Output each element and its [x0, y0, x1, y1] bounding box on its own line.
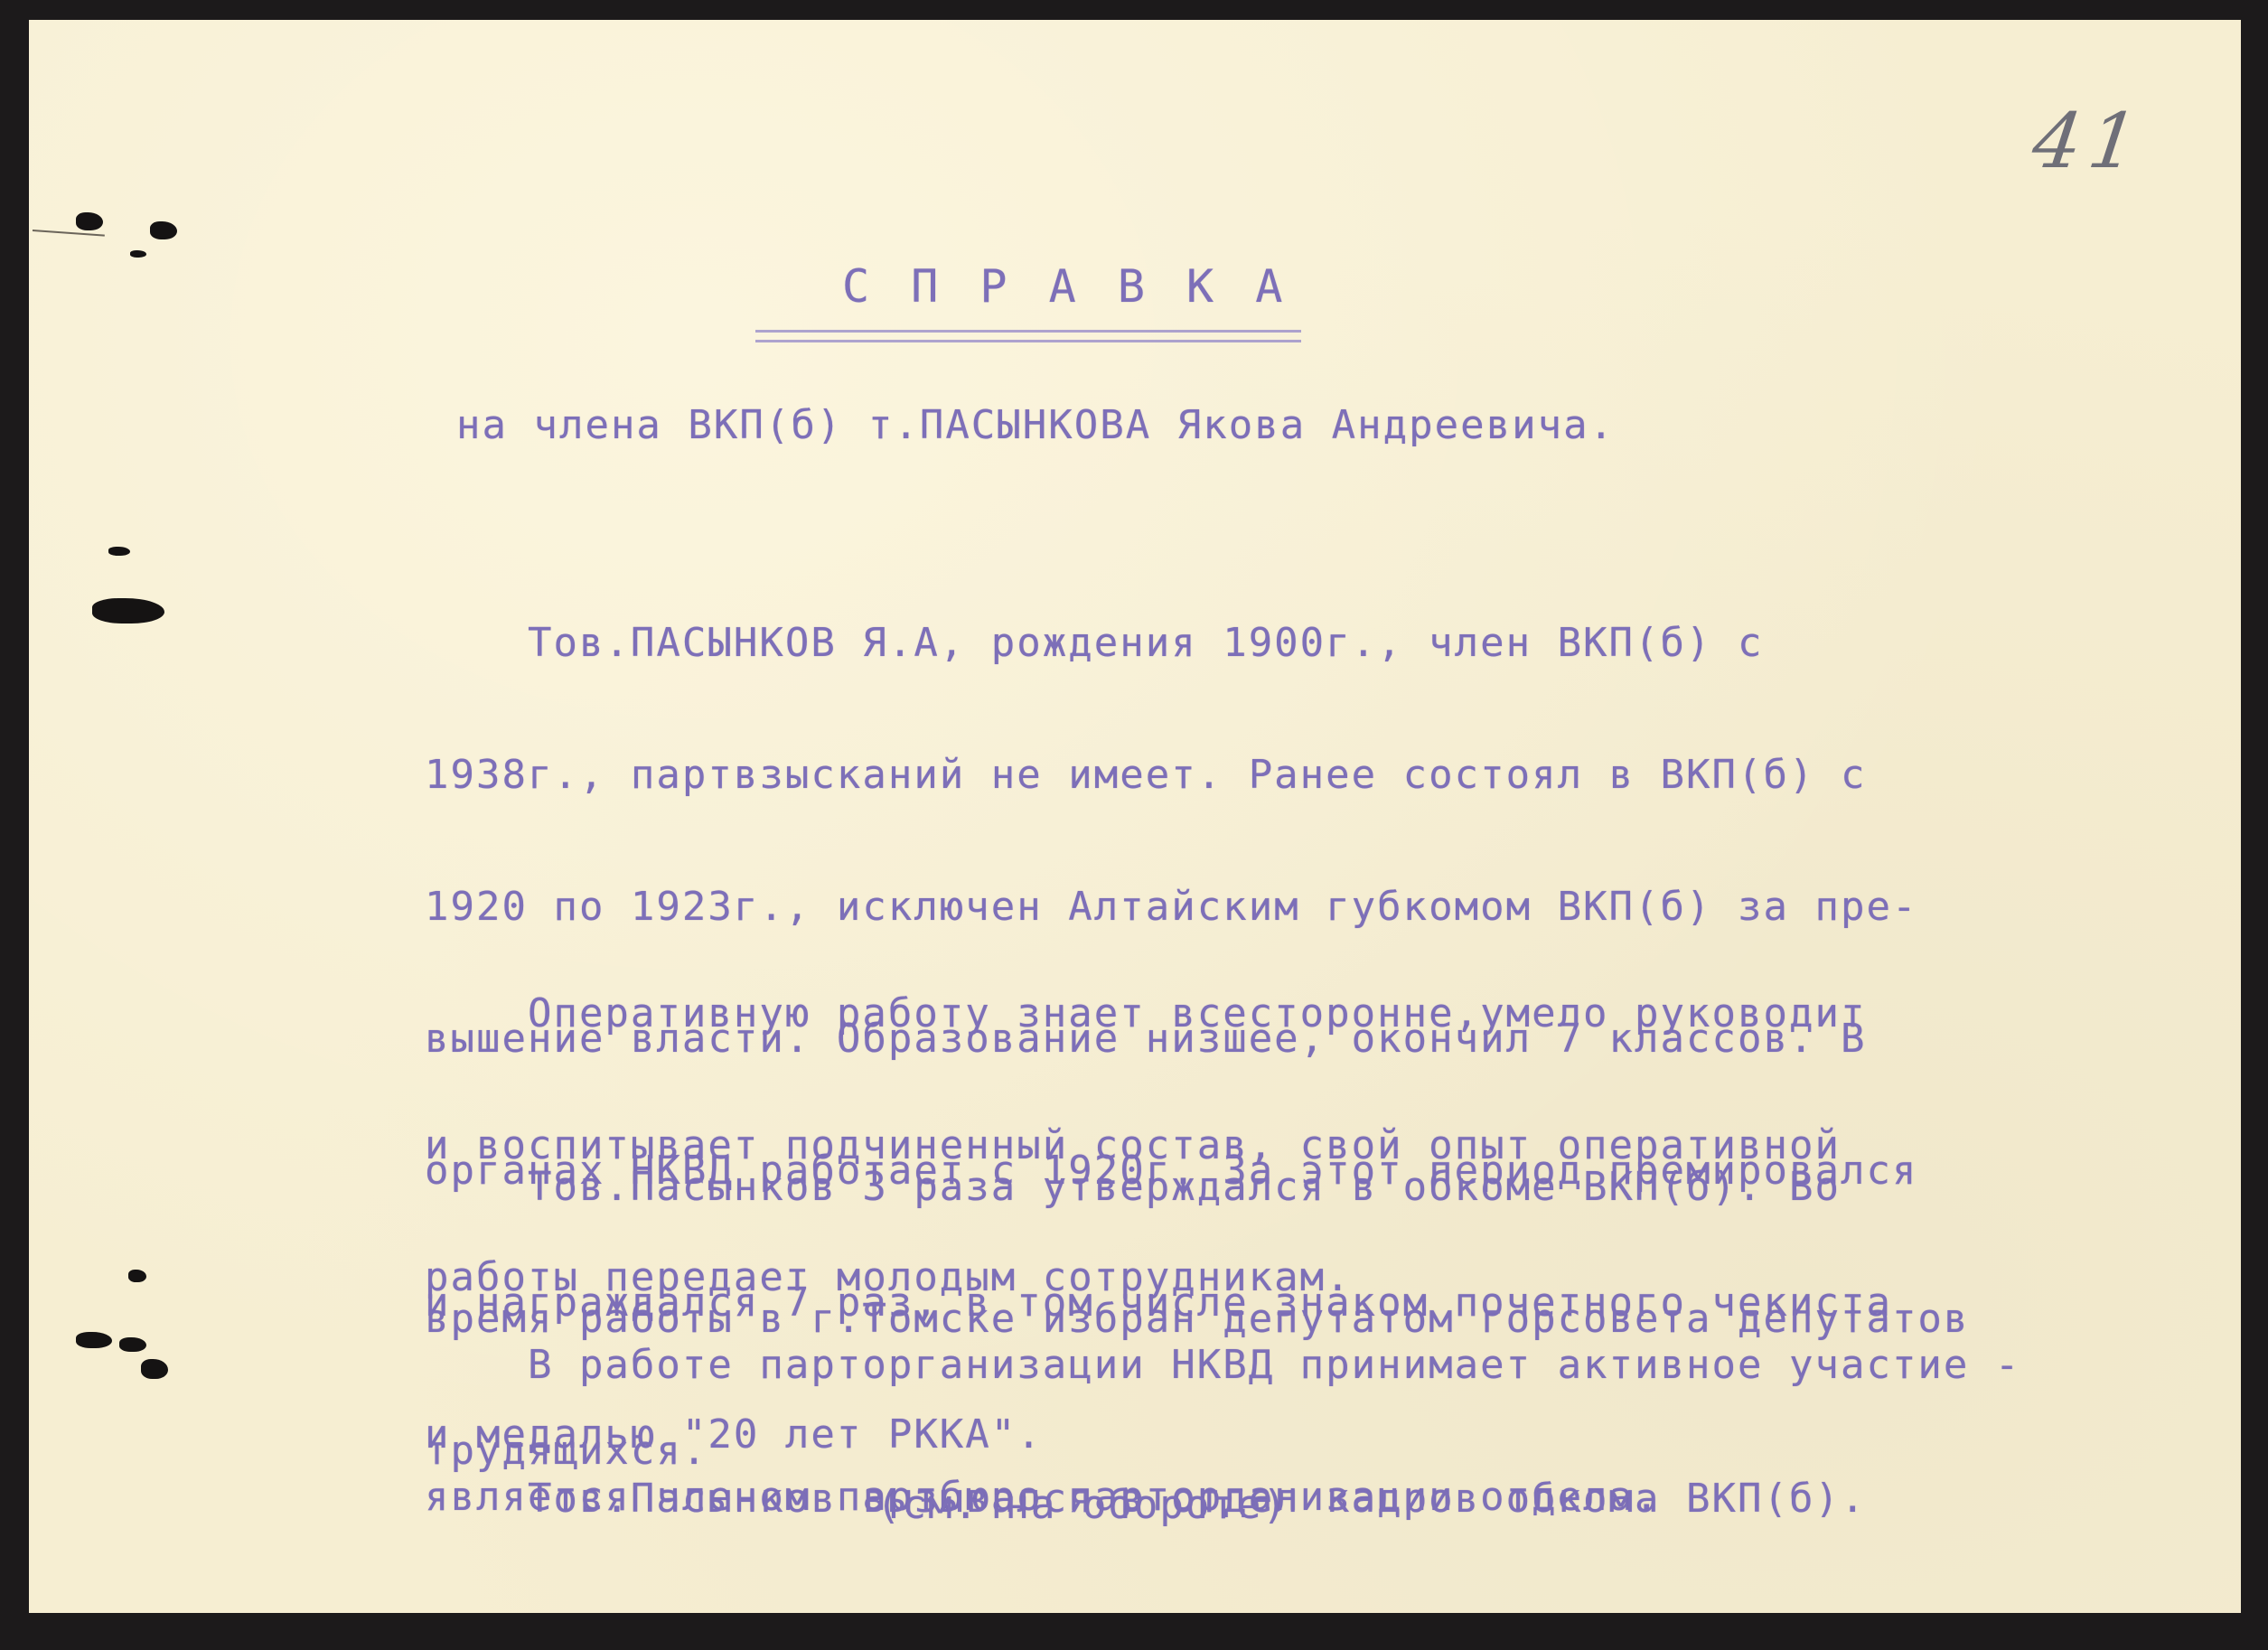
punch-hole — [128, 1270, 146, 1282]
punch-hole — [141, 1359, 168, 1379]
punch-hole — [76, 1332, 112, 1348]
document-subtitle: на члена ВКП(б) т.ПАСЫНКОВА Якова Андрее… — [456, 402, 1615, 448]
folio-number: 41 — [2019, 97, 2159, 185]
text-line: Тов.Пасынков 3 раза утверждался в обкоме… — [425, 1167, 1969, 1207]
text-line: В работе парторганизации НКВД принимает … — [425, 1345, 2020, 1385]
document-title: С П Р А В К А — [842, 260, 1289, 313]
punch-hole — [130, 250, 146, 258]
punch-hole — [92, 598, 164, 623]
punch-hole — [150, 221, 177, 239]
text-line: Тов.ПАСЫНКОВ Я.А, рождения 1900г., член … — [425, 623, 1917, 663]
paper-crack — [33, 230, 105, 237]
footer-note: (см. на обороте) — [876, 1482, 1289, 1528]
text-line: Оперативную работу знает всесторонне,уме… — [425, 994, 1866, 1034]
punch-hole — [76, 212, 103, 230]
title-underline — [755, 330, 1301, 342]
punch-hole — [119, 1337, 146, 1352]
punch-hole — [108, 547, 130, 556]
paragraph-cadres-call: Тов.Пасынков вызывался в отдел кадров об… — [425, 1387, 1866, 1565]
text-line: 1938г., партвзысканий не имеет. Ранее со… — [425, 755, 1917, 795]
